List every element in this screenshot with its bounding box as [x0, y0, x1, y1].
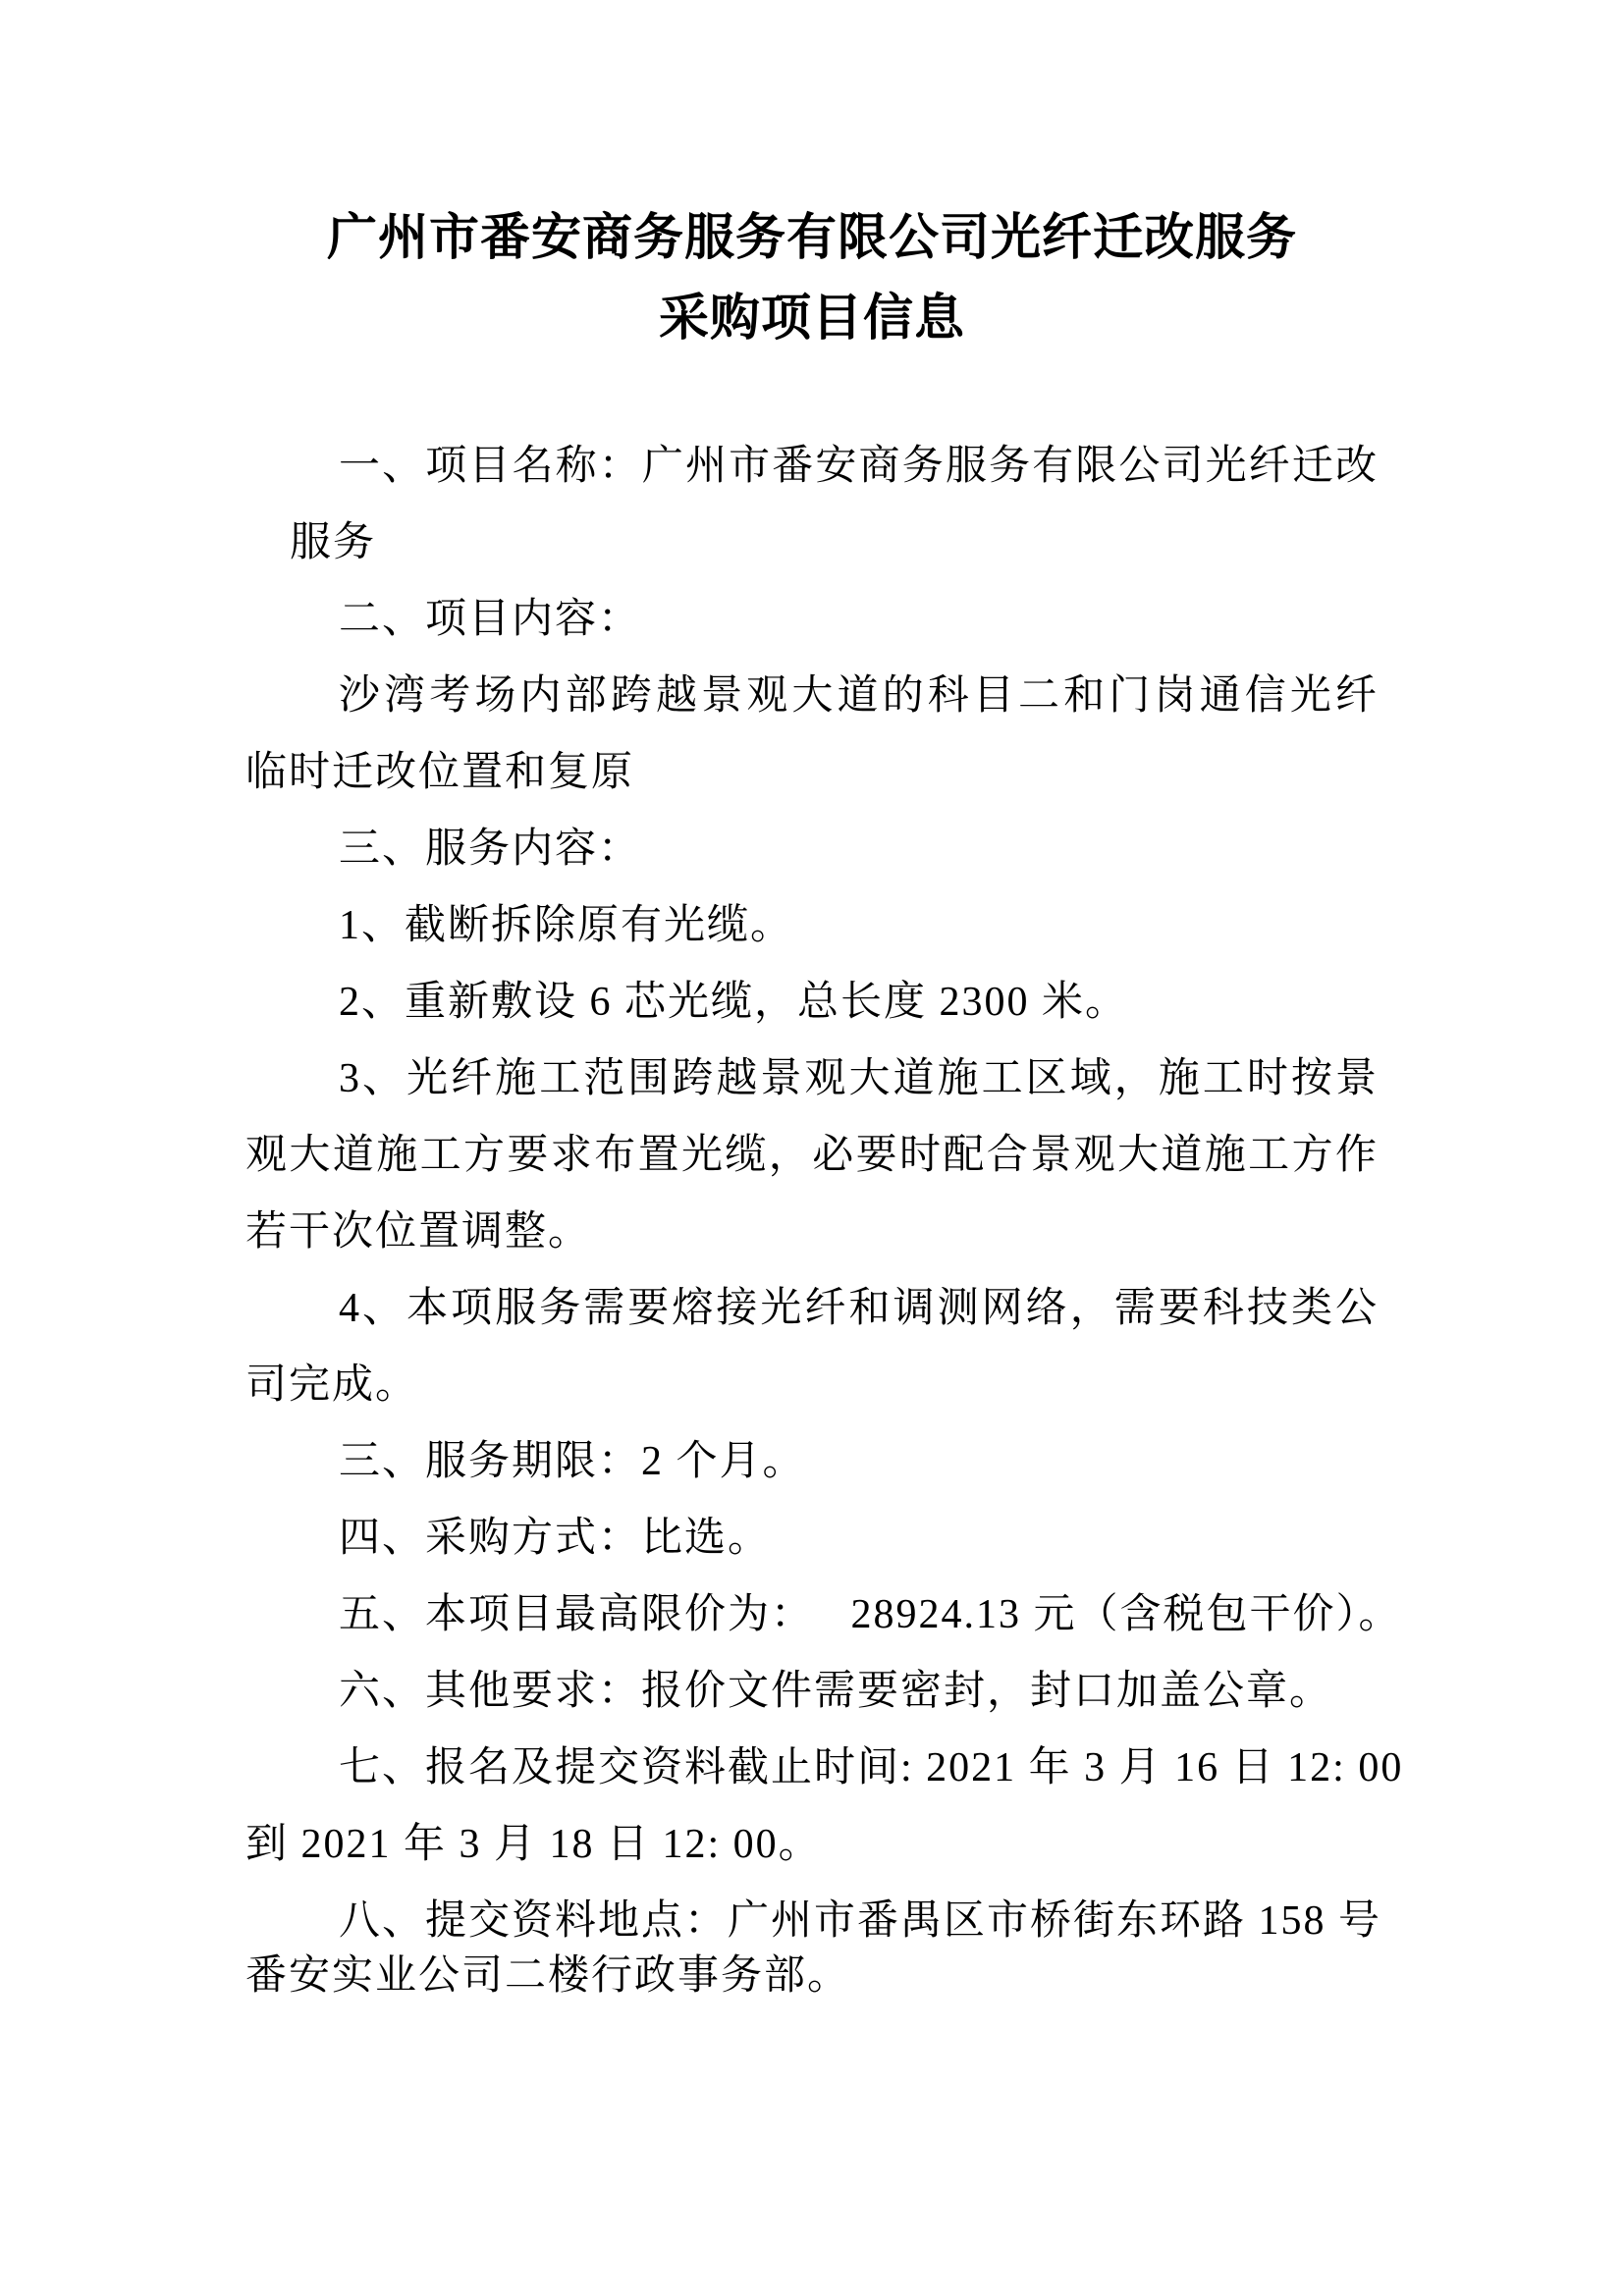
document-title-line-1: 广州市番安商务服务有限公司光纤迁改服务: [0, 198, 1624, 279]
body-line: 六、其他要求：报价文件需要密封，封口加盖公章。: [245, 1653, 1379, 1730]
body-line: 3、光纤施工范围跨越景观大道施工区域，施工时按景: [245, 1041, 1379, 1117]
document-body: 一、项目名称：广州市番安商务服务有限公司光纤迁改服务二、项目内容：沙湾考场内部跨…: [245, 428, 1379, 2014]
body-line: 沙湾考场内部跨越景观大道的科目二和门岗通信光纤: [245, 658, 1379, 734]
body-line: 五、本项目最高限价为： 28924.13 元（含税包干价）。: [245, 1576, 1379, 1653]
body-line: 若干次位置调整。: [245, 1194, 1379, 1270]
body-line: 二、项目内容：: [245, 581, 1379, 658]
body-line: 三、服务内容：: [245, 811, 1379, 887]
body-line: 2、重新敷设 6 芯光缆，总长度 2300 米。: [245, 964, 1379, 1041]
body-line: 到 2021 年 3 月 18 日 12: 00。: [245, 1806, 1379, 1883]
body-line: 服务: [245, 505, 1379, 581]
document-title-line-2: 采购项目信息: [0, 279, 1624, 359]
body-line: 司完成。: [245, 1347, 1379, 1423]
body-line: 七、报名及提交资料截止时间: 2021 年 3 月 16 日 12: 00: [245, 1730, 1379, 1806]
body-line: 临时迁改位置和复原: [245, 734, 1379, 811]
document-page: 广州市番安商务服务有限公司光纤迁改服务 采购项目信息 一、项目名称：广州市番安商…: [0, 0, 1624, 2296]
body-line: 观大道施工方要求布置光缆，必要时配合景观大道施工方作: [245, 1117, 1379, 1194]
body-line: 三、服务期限：2 个月。: [245, 1423, 1379, 1500]
document-title: 广州市番安商务服务有限公司光纤迁改服务 采购项目信息: [0, 198, 1624, 359]
body-line: 4、本项服务需要熔接光纤和调测网络，需要科技类公: [245, 1270, 1379, 1347]
body-line: 1、截断拆除原有光缆。: [245, 887, 1379, 964]
body-line: 一、项目名称：广州市番安商务服务有限公司光纤迁改: [245, 428, 1379, 505]
body-line: 四、采购方式：比选。: [245, 1500, 1379, 1576]
